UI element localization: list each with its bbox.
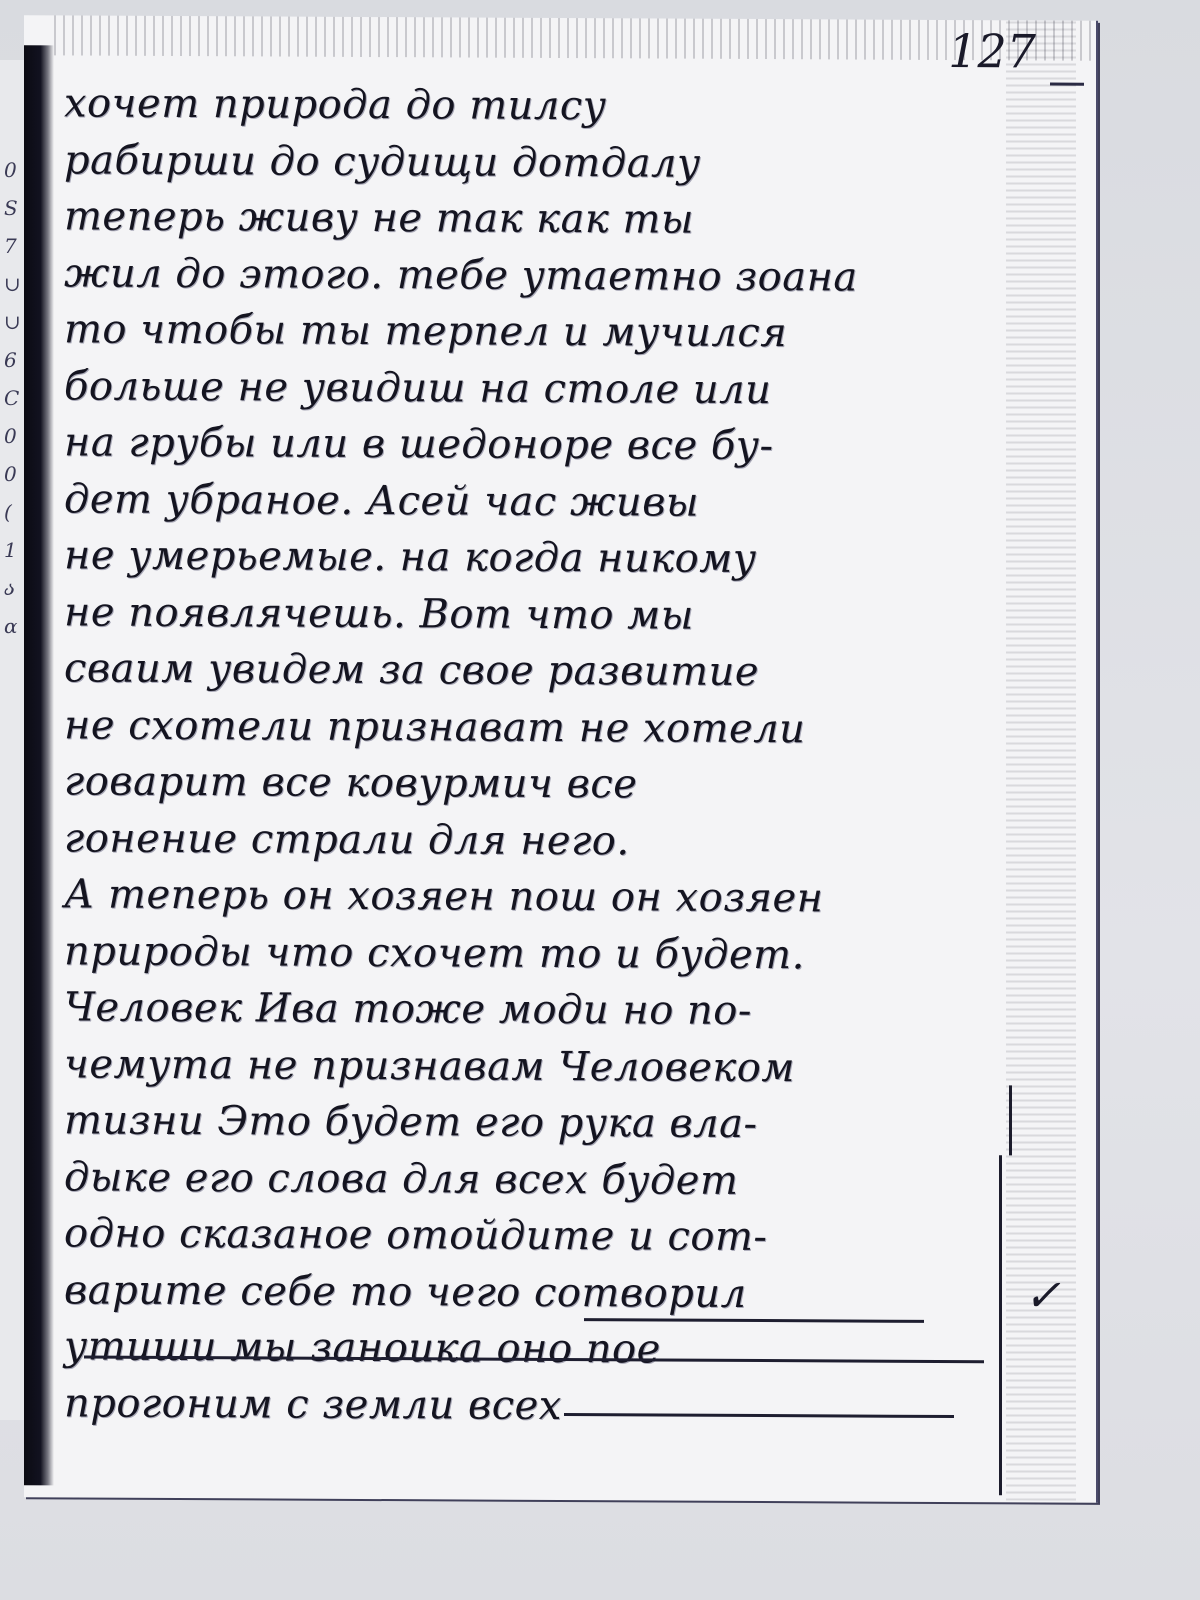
text-line: тизни Это будет его рука вла-	[64, 1092, 1024, 1154]
text-line: не схотели признават не хотели	[64, 697, 1024, 759]
text-line: говарит все ковурмич все	[64, 753, 1024, 815]
margin-glyph: C	[4, 388, 26, 408]
margin-glyph: 7	[4, 236, 26, 256]
text-line: природы что схочет то и будет.	[64, 923, 1024, 985]
margin-glyph: 0	[4, 426, 26, 446]
margin-rule	[1009, 1085, 1012, 1155]
text-line: утиши мы заноика оно пое	[64, 1318, 1024, 1380]
margin-glyph: ა	[4, 578, 26, 598]
text-line: прогоним с земли всех	[64, 1375, 1024, 1437]
handwritten-text: хочет природа до тилсурабирши до судищи …	[64, 75, 1024, 1436]
margin-glyph: ∪	[4, 274, 26, 294]
margin-glyph: ∪	[4, 312, 26, 332]
text-line: дыке его слова для всех будет	[64, 1149, 1024, 1211]
margin-signature: ✓	[1024, 1270, 1061, 1321]
margin-glyph: 0	[4, 464, 26, 484]
text-line: хочет природа до тилсу	[64, 75, 1024, 137]
margin-rule	[999, 1155, 1002, 1495]
text-line: дет убраное. Асей час живы	[64, 471, 1024, 533]
photocopied-page: 127 хочет природа до тилсурабирши до суд…	[24, 15, 1098, 1503]
text-line: рабирши до судищи дотдалу	[64, 132, 1024, 194]
margin-glyphs: 0S7∪∪6C00(1აɑ	[4, 160, 26, 636]
text-line: одно сказаное отойдите и сот-	[64, 1205, 1024, 1267]
text-line: жил до этого. тебе утаетно зоана	[64, 245, 1024, 307]
text-line: не появлячешь. Вот что мы	[64, 584, 1024, 646]
page-number: 127	[948, 24, 1036, 78]
margin-glyph: ɑ	[4, 616, 26, 636]
text-line: не умерьемые. на когда никому	[64, 527, 1024, 589]
text-line: гонение страли для него.	[64, 810, 1024, 872]
text-line: Человек Ива тоже моди но по-	[64, 979, 1024, 1041]
text-line: А теперь он хозяен пош он хозяен	[64, 866, 1024, 928]
text-line: сваим увидем за свое развитие	[64, 640, 1024, 702]
page-number-dash	[1050, 83, 1084, 86]
margin-glyph: (	[4, 502, 26, 522]
margin-glyph: 6	[4, 350, 26, 370]
margin-glyph: 1	[4, 540, 26, 560]
text-line: чемута не признавам Человеком	[64, 1036, 1024, 1098]
margin-glyph: S	[4, 198, 26, 218]
text-line: на грубы или в шедоноре все бу-	[64, 414, 1024, 476]
text-line: варите себе то чего сотворил	[64, 1262, 1024, 1324]
text-line: теперь живу не так как ты	[64, 188, 1024, 250]
text-line: больше не увидиш на столе или	[64, 358, 1024, 420]
text-line: то чтобы ты терпел и мучился	[64, 301, 1024, 363]
copier-noise	[54, 15, 1094, 60]
margin-glyph: 0	[4, 160, 26, 180]
